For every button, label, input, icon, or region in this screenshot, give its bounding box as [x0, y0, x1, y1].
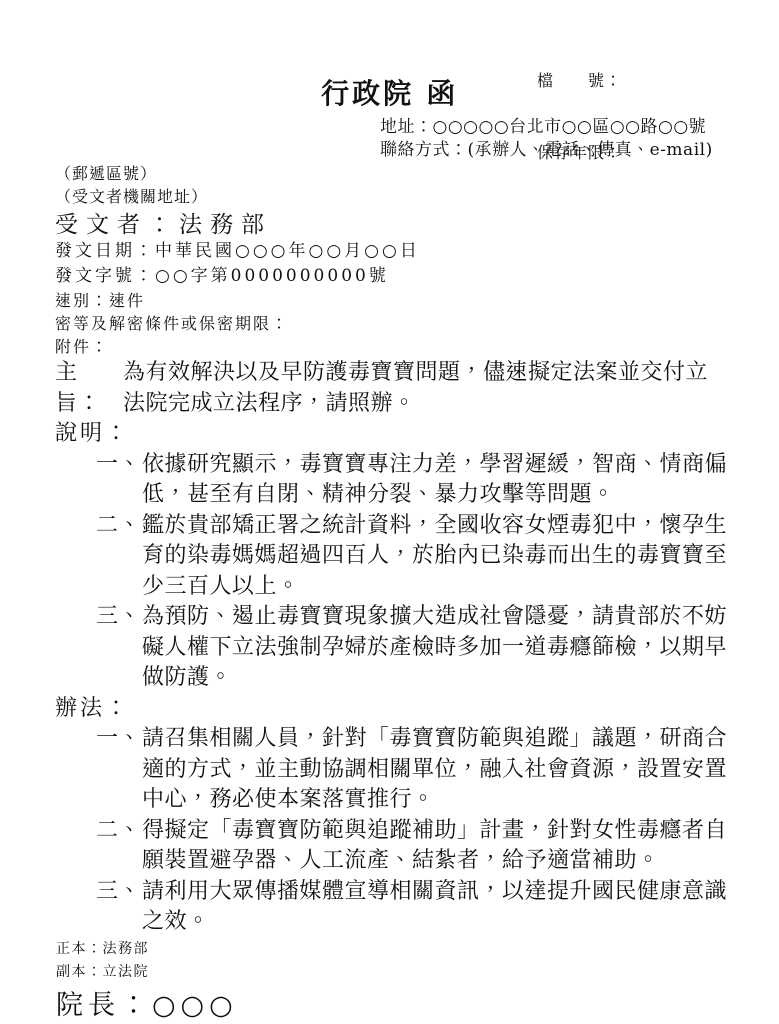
issue-number-line: 發文字號：○○字第0000000000號	[55, 264, 779, 289]
file-number-label: 檔 號：	[537, 69, 622, 93]
postal-code-placeholder: （郵遞區號）	[55, 162, 779, 185]
item-text: 依據研究顯示，毒寶寶專注力差，學習遲緩，智商、情商偏低，甚至有自閉、精神分裂、暴…	[142, 450, 727, 511]
item-text: 為預防、遏止毒寶寶現象擴大造成社會隱憂，請貴部於不妨礙人權下立法強制孕婦於產檢時…	[142, 602, 727, 694]
method-item-3: 三、 請利用大眾傳播媒體宣導相關資訊，以達提升國民健康意識之效。	[96, 877, 727, 938]
item-number: 一、	[96, 450, 142, 481]
distribution-block: 正本：法務部 副本：立法院	[56, 938, 779, 984]
copy-recipient-line: 副本：立法院	[56, 961, 779, 984]
document-page: 檔 號： 保存年限： 行政院 函 地址：○○○○○台北市○○區○○路○○號 聯絡…	[0, 0, 779, 1024]
speed-level-line: 速別：速件	[55, 289, 779, 312]
method-item-2: 二、 得擬定「毒寶寶防範與追蹤補助」計畫，針對女性毒癮者自願裝置避孕器、人工流產…	[96, 816, 727, 877]
subject-label: 主旨：	[55, 358, 123, 419]
issuance-meta-block: 發文日期：中華民國○○○年○○月○○日 發文字號：○○字第0000000000號	[55, 239, 779, 289]
original-recipient-line: 正本：法務部	[56, 938, 779, 961]
recipient-address-block: （郵遞區號） （受文者機關地址）	[55, 162, 779, 208]
attachment-line: 附件：	[55, 335, 779, 358]
item-number: 三、	[96, 877, 142, 908]
item-text: 鑑於貴部矯正署之統計資料，全國收容女煙毒犯中，懷孕生育的染毒媽媽超過四百人，於胎…	[142, 511, 727, 603]
explanation-item-1: 一、 依據研究顯示，毒寶寶專注力差，學習遲緩，智商、情商偏低，甚至有自閉、精神分…	[96, 450, 727, 511]
item-text: 請召集相關人員，針對「毒寶寶防範與追蹤」議題，研商合適的方式，並主動協調相關單位…	[142, 724, 727, 816]
issue-date-line: 發文日期：中華民國○○○年○○月○○日	[55, 239, 779, 264]
document-title: 行政院 函	[0, 0, 779, 111]
explanation-item-3: 三、 為預防、遏止毒寶寶現象擴大造成社會隱憂，請貴部於不妨礙人權下立法強制孕婦於…	[96, 602, 727, 694]
item-number: 三、	[96, 602, 142, 633]
recipient-line: 受文者：法務部	[55, 211, 779, 239]
item-text: 請利用大眾傳播媒體宣導相關資訊，以達提升國民健康意識之效。	[142, 877, 727, 938]
method-item-1: 一、 請召集相關人員，針對「毒寶寶防範與追蹤」議題，研商合適的方式，並主動協調相…	[96, 724, 727, 816]
explanation-section-label: 說明：	[55, 419, 727, 450]
item-number: 二、	[96, 816, 142, 847]
retention-period-label: 保存年限：	[537, 141, 622, 165]
file-number-block: 檔 號： 保存年限：	[537, 21, 622, 213]
security-classification-line: 密等及解密條件或保密期限：	[55, 312, 779, 335]
item-text: 得擬定「毒寶寶防範與追蹤補助」計畫，針對女性毒癮者自願裝置避孕器、人工流產、結紮…	[142, 816, 727, 877]
method-section-label: 辦法：	[55, 694, 727, 725]
document-body: 主旨： 為有效解決以及早防護毒寶寶問題，儘速擬定法案並交付立法院完成立法程序，請…	[55, 358, 727, 938]
explanation-item-2: 二、 鑑於貴部矯正署之統計資料，全國收容女煙毒犯中，懷孕生育的染毒媽媽超過四百人…	[96, 511, 727, 603]
subject-paragraph: 主旨： 為有效解決以及早防護毒寶寶問題，儘速擬定法案並交付立法院完成立法程序，請…	[55, 358, 727, 419]
item-number: 二、	[96, 511, 142, 542]
signer-line: 院長：○○○	[56, 989, 779, 1022]
subject-text: 為有效解決以及早防護毒寶寶問題，儘速擬定法案並交付立法院完成立法程序，請照辦。	[123, 358, 727, 419]
classification-meta-block: 速別：速件 密等及解密條件或保密期限： 附件：	[55, 289, 779, 358]
recipient-org-address-placeholder: （受文者機關地址）	[55, 185, 779, 208]
item-number: 一、	[96, 724, 142, 755]
